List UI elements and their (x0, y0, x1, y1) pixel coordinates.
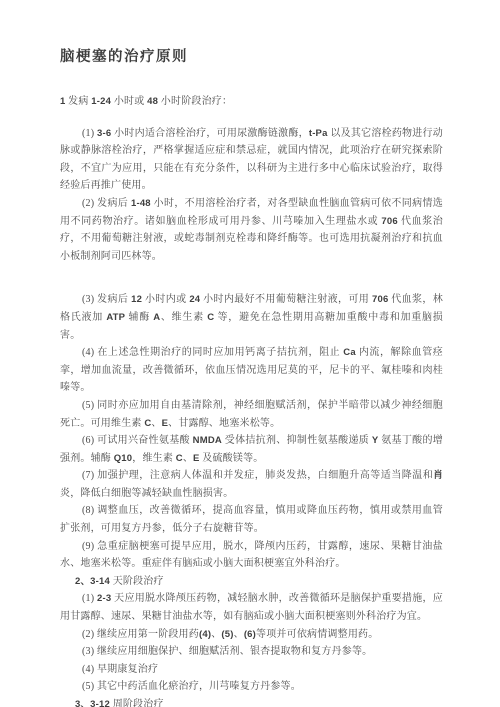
item-2-2: (2) 继续应用第一阶段用药(4)、(5)、(6)等项并可依病情调整用药。 (60, 626, 443, 644)
text-run: (4) 在上述急性期治疗的同时应加用钙离子拮抗剂，阻止 (82, 347, 343, 358)
bold-text-run: (6) (244, 629, 256, 640)
text-run: 发病 (65, 96, 91, 107)
text-run: 、 (211, 629, 221, 640)
text-run: 、 (234, 629, 244, 640)
bold-text-run: 1-48 (131, 198, 151, 209)
text-run: (9) 急重症脑梗塞可提早应用，脱水，降颅内压药，甘露醇，速尿、果糖甘油盐水、地… (60, 541, 443, 570)
item-1-2: (2) 发病后 1-48 小时，不用溶栓治疗者，对各型缺血性脑血管病可依不同病情… (60, 195, 443, 265)
bold-text-run: (5) (221, 629, 233, 640)
item-1-7: (7) 加强护理，注意病人体温和并发症，肺炎发热，白细胞升高等适当降温和肖炎，降… (60, 467, 443, 502)
item-1-8: (8) 调整血压，改善微循环，提高血容量，慎用或降血压药物，慎用或禁用血管扩张剂… (60, 502, 443, 537)
text-run: (1) (82, 593, 97, 604)
document-title: 脑梗塞的治疗原则 (60, 47, 443, 67)
item-2-3: (3) 继续应用细胞保护、细胞赋活剂、银杏提取物和复方丹参等。 (60, 643, 443, 661)
bold-text-run: 12 (131, 294, 142, 305)
text-run: 、甘露醇、地塞米松等。 (168, 418, 280, 429)
bold-text-run: (4) (199, 629, 211, 640)
item-2-5: (5) 其它中药活血化瘀治疗，川芎嗪复方丹参等。 (60, 678, 443, 696)
text-run: (3) 发病后 (82, 294, 131, 305)
text-run: (6) 可试用兴奋性氨基酸 (82, 435, 193, 446)
bold-text-run: Ca (343, 347, 356, 358)
text-run: (5) 其它中药活血化瘀治疗，川芎嗪复方丹参等。 (82, 681, 301, 692)
text-run: (2) 发病后 (82, 198, 131, 209)
text-run: 及硫酸镁等。 (200, 453, 264, 464)
text-run: 辅酶 (125, 312, 153, 323)
text-run: 、维生素 (160, 312, 207, 323)
bold-text-run: 肖 (433, 470, 443, 481)
stage-2-heading: 2、3-14 天阶段治疗 (60, 573, 443, 591)
bold-text-run: C (176, 453, 183, 464)
text-run: (1) (82, 128, 97, 139)
item-1-9: (9) 急重症脑梗塞可提早应用，脱水，降颅内压药，甘露醇，速尿、果糖甘油盐水、地… (60, 538, 443, 573)
text-run: (7) 加强护理，注意病人体温和并发症，肺炎发热，白细胞升高等适当降温和 (82, 470, 433, 481)
stage-1-heading: 1 发病 1-24 小时或 48 小时阶段治疗： (60, 93, 443, 111)
bold-text-run: 24 (189, 294, 200, 305)
text-run: 炎，降低白细胞等减轻缺血性脑损害。 (60, 488, 233, 499)
text-run: 小时内适合溶栓治疗，可用尿激酶链激酶， (111, 128, 308, 139)
text-run: 天阶段治疗 (110, 576, 164, 587)
item-1-5: (5) 同时亦应加用自由基清除剂，神经细胞赋活剂，保护半暗带以减少神经细胞死亡。… (60, 397, 443, 432)
text-run: 受体拮抗剂、抑制性氨基酸递质 (222, 435, 372, 446)
text-run: 小时或 (111, 96, 147, 107)
item-2-1: (1) 2-3 天应用脱水降颅压药物，减轻脑水肿，改善微循环是脑保护重要措施，应… (60, 590, 443, 625)
text-run: 、 (151, 418, 161, 429)
item-1-6: (6) 可试用兴奋性氨基酸 NMDA 受体拮抗剂、抑制性氨基酸递质 Y 氨基丁酸… (60, 432, 443, 467)
text-run: (2) 继续应用第一阶段用药 (82, 629, 199, 640)
stage-3-heading: 3、3-12 周阶段治疗 (60, 696, 443, 707)
text-run: (8) 调整血压，改善微循环，提高血容量，慎用或降血压药物，慎用或禁用血管扩张剂… (60, 505, 443, 534)
bold-text-run: 706 (381, 216, 397, 227)
item-1-3: (3) 发病后 12 小时内或 24 小时内最好不用葡萄糖注射液，可用 706 … (60, 291, 443, 344)
bold-text-run: 706 (372, 294, 388, 305)
bold-text-run: 48 (147, 96, 158, 107)
text-run: 、 (183, 453, 193, 464)
text-run: ，维生素 (132, 453, 176, 464)
item-1-4: (4) 在上述急性期治疗的同时应加用钙离子拮抗剂，阻止 Ca 内流，解除血管痉挛… (60, 344, 443, 397)
bold-text-run: NMDA (193, 435, 222, 446)
text-run: (3) 继续应用细胞保护、细胞赋活剂、银杏提取物和复方丹参等。 (82, 646, 372, 657)
text-run: 天应用脱水降颅压药物，减轻脑水肿，改善微循环是脑保护重要措施，应用甘露醇、速尿、… (60, 593, 443, 622)
bold-text-run: 3-6 (97, 128, 111, 139)
bold-text-run: 2、3-14 (75, 576, 110, 587)
bold-text-run: 3、3-12 (75, 699, 110, 707)
text-run: 小时阶段治疗： (158, 96, 232, 107)
bold-text-run: t-Pa (309, 128, 328, 139)
item-1-1: (1) 3-6 小时内适合溶栓治疗，可用尿激酶链激酶，t-Pa 以及其它溶栓药物… (60, 125, 443, 195)
bold-text-run: 2-3 (97, 593, 111, 604)
item-2-4: (4) 早期康复治疗 (60, 661, 443, 679)
document-page: 脑梗塞的治疗原则 1 发病 1-24 小时或 48 小时阶段治疗：(1) 3-6… (0, 0, 500, 707)
text-run: 小时内最好不用葡萄糖注射液，可用 (200, 294, 372, 305)
text-run: (4) 早期康复治疗 (82, 664, 158, 675)
text-run: 等项并可依病情调整用药。 (256, 629, 378, 640)
bold-text-run: 1-24 (91, 96, 111, 107)
text-run: 小时内或 (142, 294, 189, 305)
bold-text-run: Q10 (114, 453, 133, 464)
text-run: 周阶段治疗 (110, 699, 164, 707)
document-body: 1 发病 1-24 小时或 48 小时阶段治疗：(1) 3-6 小时内适合溶栓治… (60, 93, 443, 707)
bold-text-run: ATP (106, 312, 125, 323)
